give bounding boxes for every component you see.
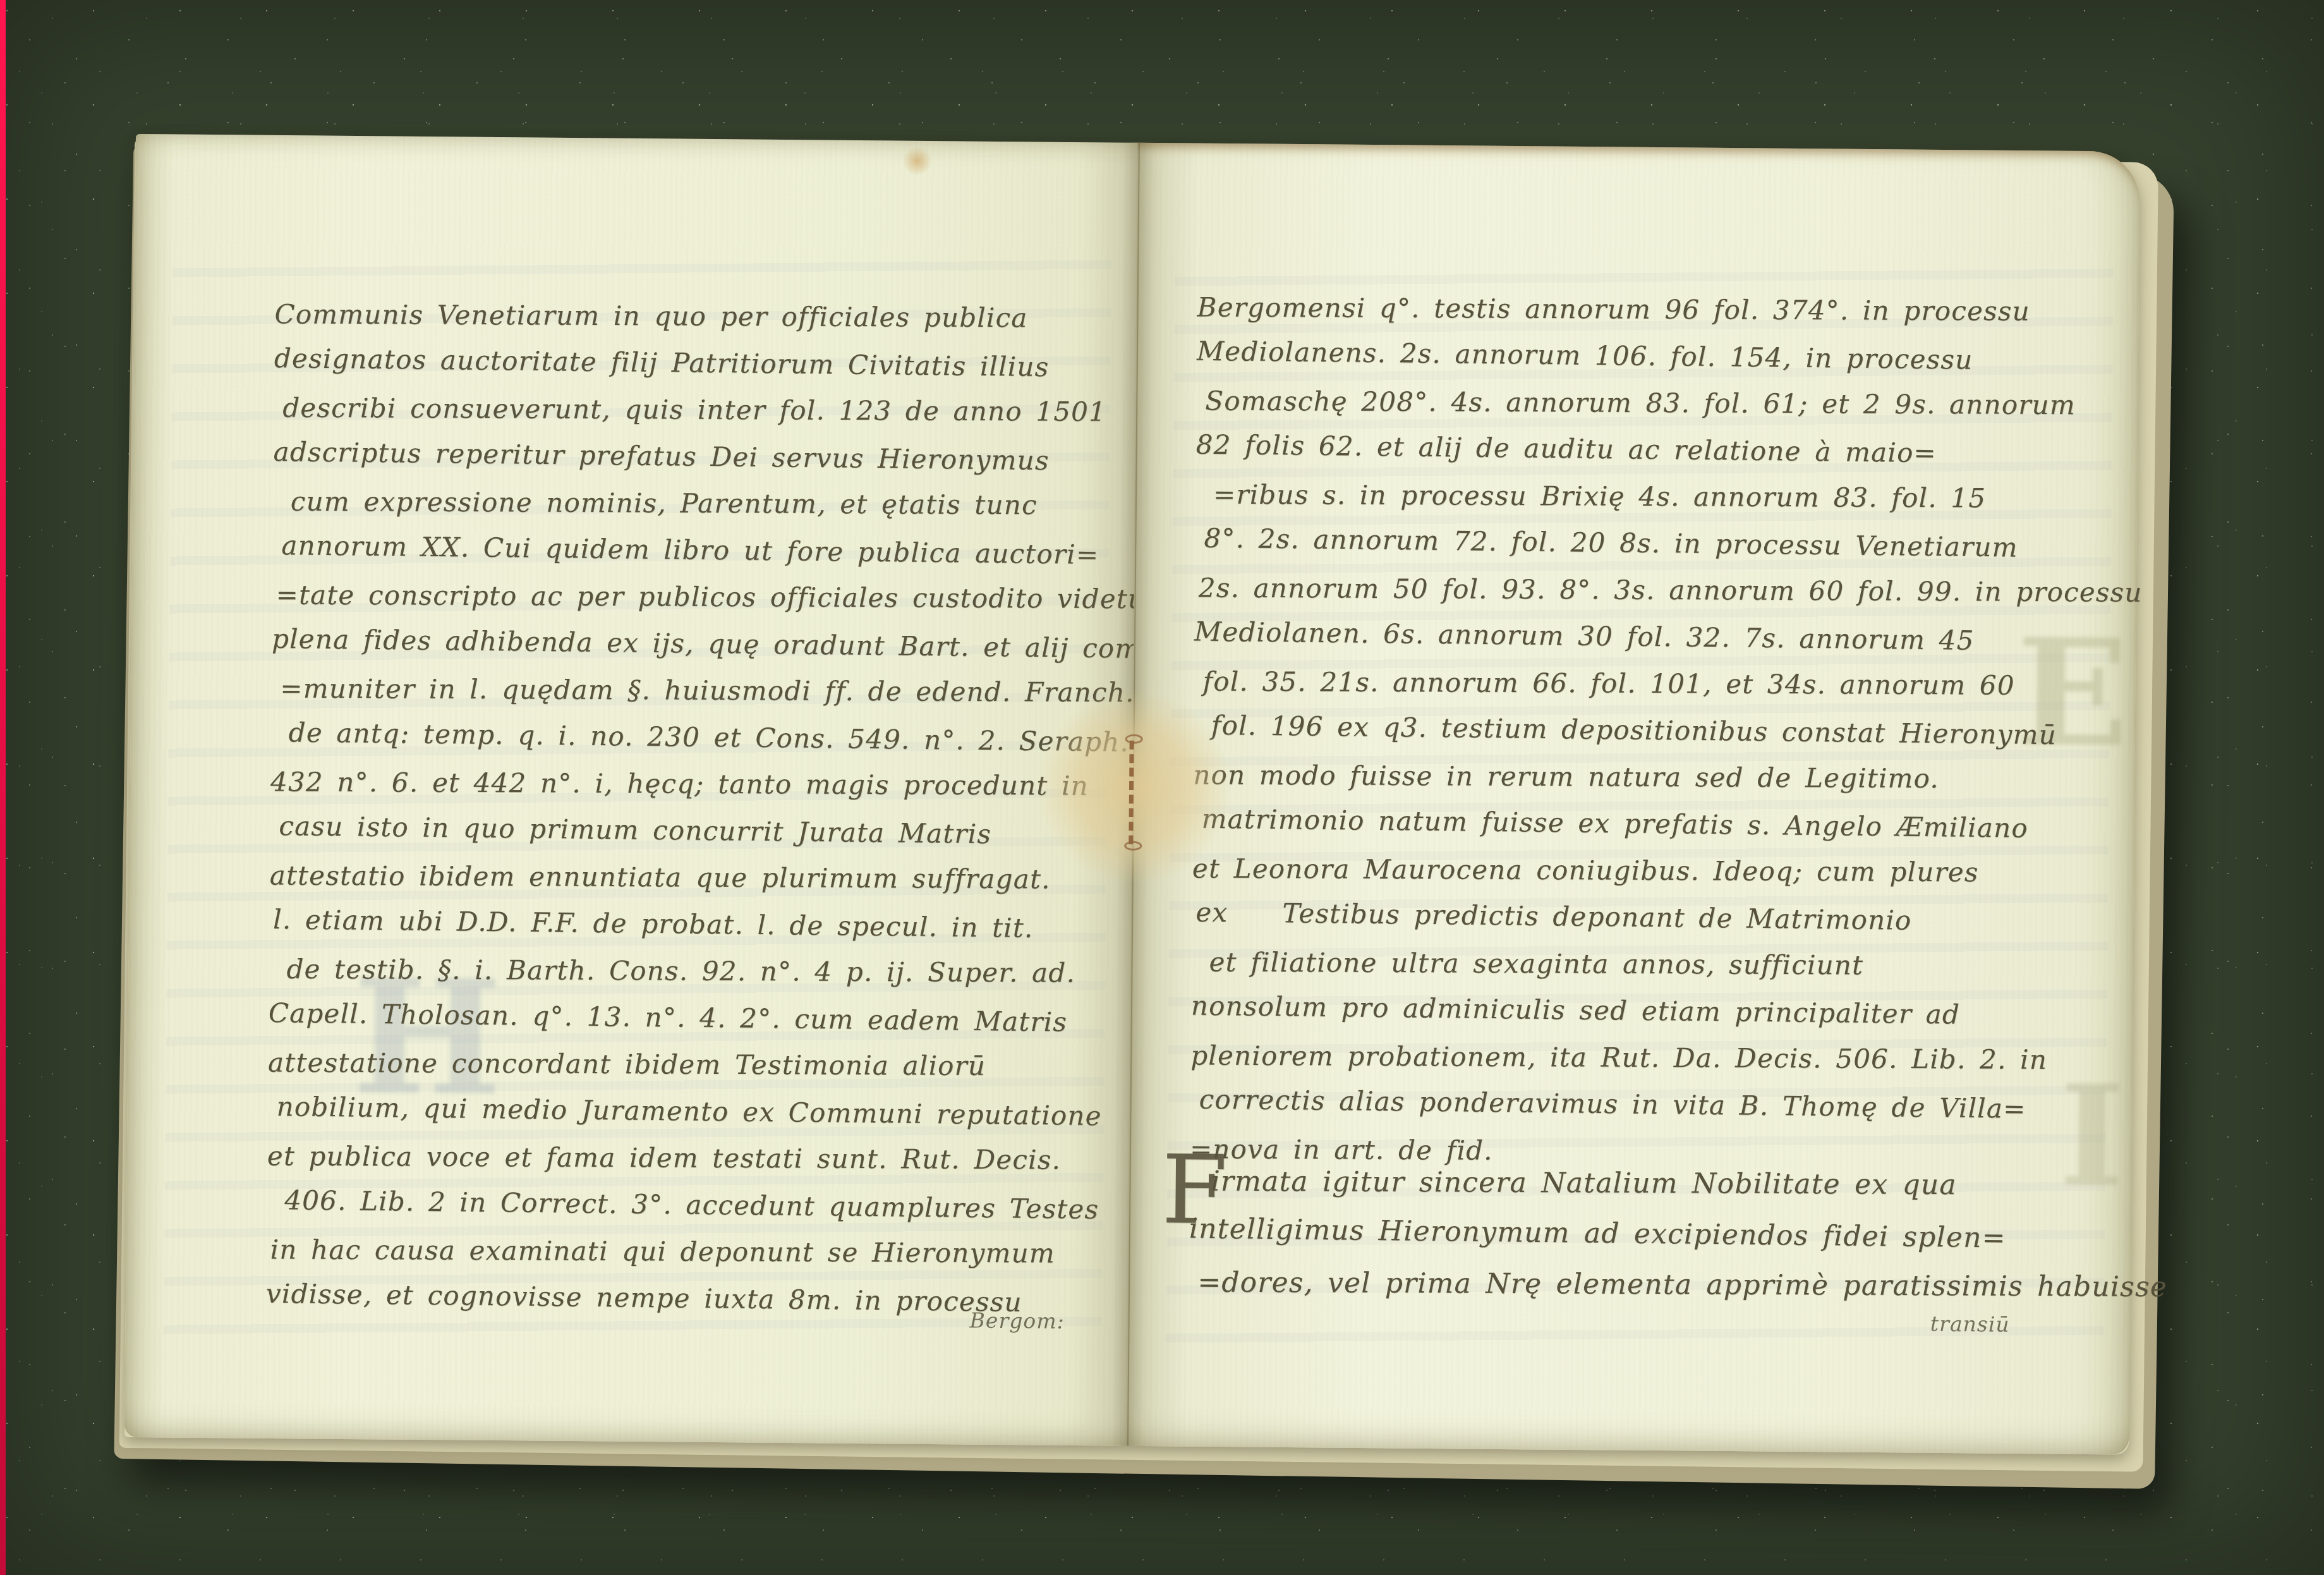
manuscript-line: Mediolanen. 6s. annorum 30 fol. 32. 7s. … (1194, 609, 2112, 666)
manuscript-line: et publica voce et fama idem testati sun… (267, 1133, 1114, 1184)
manuscript-book: H Communis Venetiarum in quo per officia… (124, 134, 2140, 1455)
manuscript-line: de antq: temp. q. i. no. 230 et Cons. 54… (288, 709, 1118, 765)
manuscript-line: de testib. §. i. Barth. Cons. 92. n°. 4 … (286, 946, 1115, 997)
right-text-block: Bergomensi q°. testis annorum 96 fol. 37… (1190, 283, 2115, 1179)
manuscript-line: fol. 35. 21s. annorum 66. fol. 101, et 3… (1202, 659, 2111, 710)
manuscript-line: plena fides adhibenda ex ijs, quę oradun… (272, 616, 1119, 672)
manuscript-line: 8°. 2s. annorum 72. fol. 20 8s. in proce… (1204, 515, 2113, 573)
manuscript-line: 432 n°. 6. et 442 n°. i, hęcq; tanto mag… (270, 758, 1117, 810)
manuscript-line: Bergomensi q°. testis annorum 96 fol. 37… (1197, 284, 2114, 335)
manuscript-line: nonsolum pro adminiculis sed etiam princ… (1191, 983, 2109, 1040)
manuscript-line: Capell. Tholosan. q°. 13. n°. 4. 2°. cum… (268, 990, 1115, 1046)
manuscript-line: attestatio ibidem ennuntiata que plurimu… (270, 852, 1117, 903)
manuscript-line: fol. 196 ex q3. testium depositionibus c… (1211, 702, 2111, 759)
manuscript-line: matrimonio natum fuisse ex prefatis s. A… (1201, 796, 2110, 853)
manuscript-line: l. etiam ubi D.D. F.F. de probat. l. de … (273, 896, 1117, 952)
manuscript-line: in hac causa examinati qui deponunt se H… (270, 1226, 1113, 1277)
final-paragraph: F irmata igitur sincera Natalium Nobilit… (1189, 1155, 2119, 1315)
manuscript-line: nobilium, qui medio Juramento ex Communi… (276, 1083, 1115, 1140)
manuscript-line: Somaschę 208°. 4s. annorum 83. fol. 61; … (1205, 378, 2114, 429)
manuscript-line: describi consueverunt, quis inter fol. 1… (282, 385, 1120, 435)
photo-background: H Communis Venetiarum in quo per officia… (0, 0, 2324, 1575)
manuscript-line: et filiatione ultra sexaginta annos, suf… (1209, 939, 2109, 990)
manuscript-line: attestatione concordant ibidem Testimoni… (268, 1039, 1115, 1090)
manuscript-line: annorum XX. Cui quidem libro ut fore pub… (281, 522, 1120, 578)
manuscript-line: 406. Lib. 2 in Correct. 3°. accedunt qua… (284, 1177, 1114, 1233)
manuscript-line: cum expressione nominis, Parentum, et ęt… (291, 478, 1120, 529)
ink-stain-spot (901, 147, 933, 175)
manuscript-line: non modo fuisse in rerum natura sed de L… (1193, 751, 2110, 803)
left-page: H Communis Venetiarum in quo per officia… (124, 134, 1138, 1446)
manuscript-line: ex Testibus predictis deponant de Matrim… (1195, 889, 2110, 947)
right-page: E I Bergomensi q°. testis annorum 96 fol… (1127, 143, 2140, 1455)
open-spread: H Communis Venetiarum in quo per officia… (124, 134, 2140, 1455)
manuscript-line: irmata igitur sincera Natalium Nobilitat… (1189, 1156, 2118, 1211)
red-edge-strip (0, 0, 6, 1575)
manuscript-line: Communis Venetiarum in quo per officiale… (274, 291, 1121, 342)
paragraph-lines: irmata igitur sincera Natalium Nobilitat… (1189, 1155, 2119, 1315)
manuscript-line: et Leonora Maurocena coniugibus. Ideoq; … (1192, 845, 2110, 896)
manuscript-line: =dores, vel prima Nrę elementa apprimè p… (1197, 1258, 2117, 1313)
manuscript-line: =muniter in l. quędam §. huiusmodi ff. d… (280, 666, 1118, 716)
manuscript-line: Mediolanens. 2s. annorum 106. fol. 154, … (1197, 328, 2115, 386)
manuscript-line: adscriptus reperitur prefatus Dei servus… (273, 429, 1120, 485)
manuscript-line: intelligimus Hieronymum ad excipiendos f… (1189, 1204, 2118, 1265)
manuscript-line: 2s. annorum 50 fol. 93. 8°. 3s. annorum … (1199, 564, 2112, 616)
manuscript-line: designatos auctoritate filij Patritiorum… (274, 335, 1121, 391)
manuscript-line: =tate conscripto ac per publicos officia… (275, 572, 1118, 623)
manuscript-line: pleniorem probationem, ita Rut. Da. Deci… (1190, 1032, 2108, 1083)
manuscript-line: casu isto in quo primum concurrit Jurata… (279, 803, 1117, 859)
left-text-block: Communis Venetiarum in quo per officiale… (266, 289, 1122, 1326)
manuscript-line: correctis alias ponderavimus in vita B. … (1199, 1076, 2108, 1134)
binding-stitch-thread (1129, 741, 1134, 844)
manuscript-line: =ribus s. in processu Brixię 4s. annorum… (1213, 471, 2113, 523)
manuscript-line: 82 folis 62. et alij de auditu ac relati… (1195, 422, 2114, 479)
